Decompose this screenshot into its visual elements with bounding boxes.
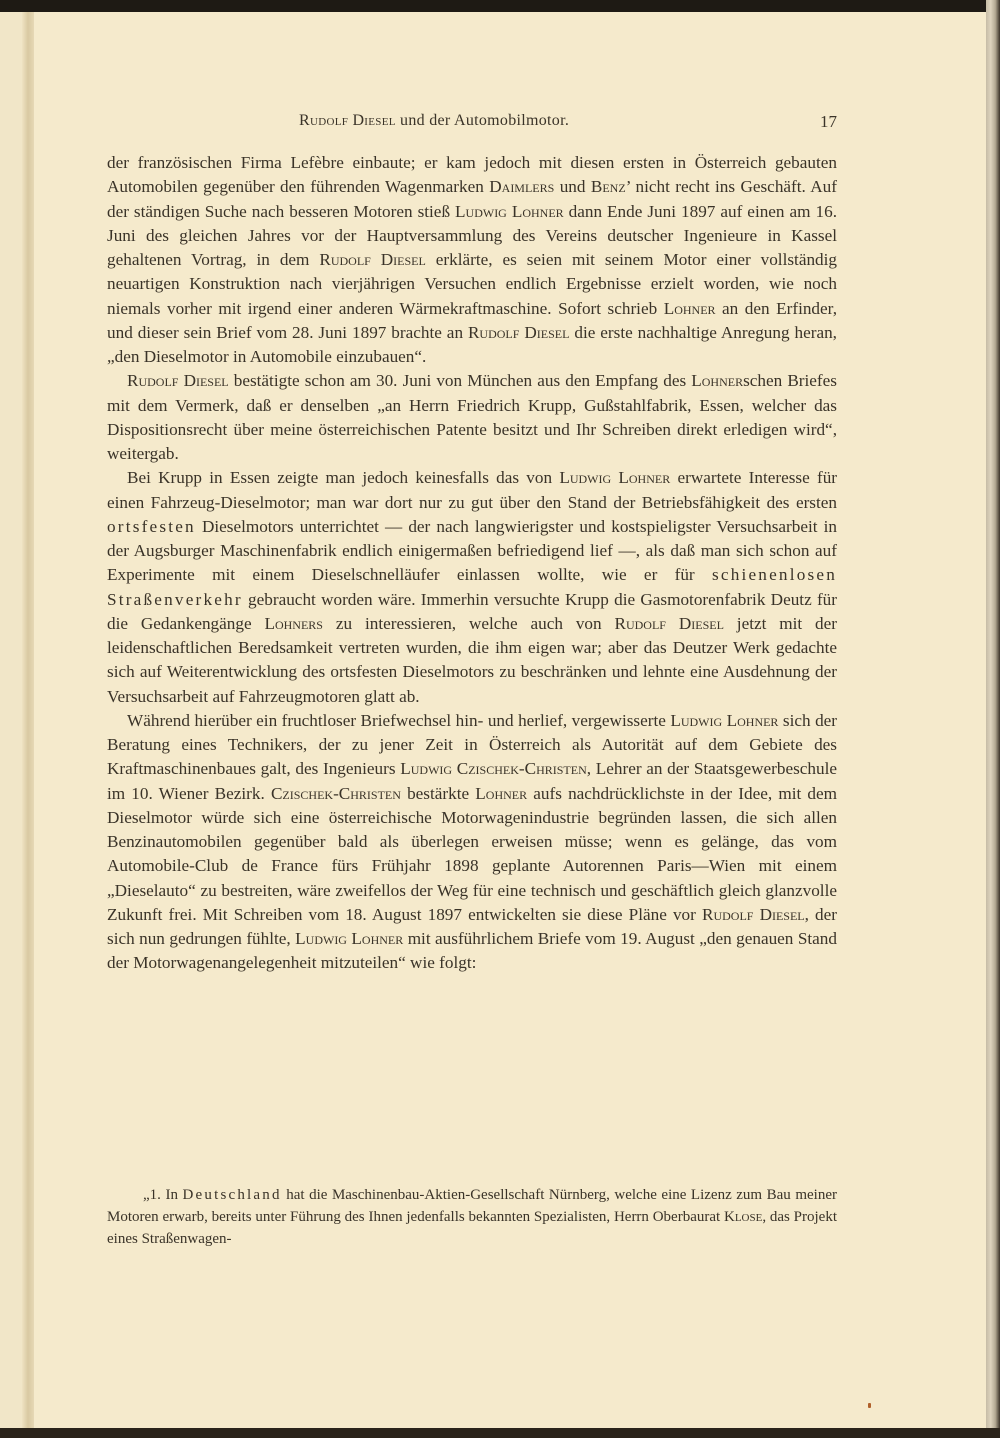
small-caps-name: Ludwig Lohner bbox=[455, 202, 564, 221]
small-caps-name: Lohners bbox=[264, 614, 323, 633]
small-caps-name: Daimlers bbox=[489, 177, 554, 196]
text-run: und bbox=[554, 177, 591, 196]
small-caps-name: Ludwig Czischek-Christen bbox=[400, 759, 587, 778]
small-caps-name: Rudolf Diesel bbox=[127, 371, 229, 390]
paragraph: Rudolf Diesel bestätigte schon am 30. Ju… bbox=[107, 369, 837, 466]
running-head-rest: und der Automobilmotor. bbox=[396, 112, 569, 129]
small-caps-name: Czischek-Christen bbox=[271, 784, 401, 803]
small-caps-name: Lohner bbox=[664, 299, 716, 318]
small-caps-name: Rudolf Diesel bbox=[468, 323, 569, 342]
scanner-bottom-border bbox=[0, 1428, 1000, 1438]
text-run: bestärkte bbox=[401, 784, 475, 803]
small-caps-name: Lohner bbox=[691, 371, 743, 390]
scanner-top-border bbox=[0, 0, 1000, 12]
running-head-title: Rudolf Diesel und der Automobilmotor. bbox=[299, 112, 569, 130]
paragraph: Während hierüber ein fruchtloser Briefwe… bbox=[107, 709, 837, 976]
paragraph: der französischen Firma Lefèbre einbaute… bbox=[107, 151, 837, 369]
running-head: Rudolf Diesel und der Automobilmotor. 17 bbox=[107, 112, 837, 136]
small-caps-name: Benz bbox=[591, 177, 626, 196]
small-caps-name: Klose bbox=[724, 1209, 762, 1225]
paper-speck bbox=[868, 1403, 871, 1408]
small-caps-name: Lohner bbox=[475, 784, 527, 803]
text-run: bestätigte schon am 30. Juni von München… bbox=[229, 371, 692, 390]
book-gutter bbox=[22, 12, 34, 1428]
quote-paragraph: „1. In Deutschland hat die Maschinenbau-… bbox=[107, 1184, 837, 1250]
small-caps-name: Ludwig Lohner bbox=[559, 468, 670, 487]
paragraph: Bei Krupp in Essen zeigte man jedoch kei… bbox=[107, 466, 837, 709]
small-caps-name: Rudolf Diesel bbox=[319, 250, 425, 269]
text-run: „1. In bbox=[143, 1187, 182, 1203]
block-quote: „1. In Deutschland hat die Maschinenbau-… bbox=[107, 1184, 837, 1250]
spaced-emphasis: Deutschland bbox=[182, 1187, 281, 1203]
small-caps-name: Ludwig Lohner bbox=[670, 711, 778, 730]
spaced-emphasis: ortsfesten bbox=[107, 517, 196, 536]
text-run: Während hierüber ein fruchtloser Briefwe… bbox=[127, 711, 670, 730]
small-caps-name: Ludwig Lohner bbox=[295, 929, 403, 948]
running-head-name: Rudolf Diesel bbox=[299, 112, 396, 129]
small-caps-name: Rudolf Diesel bbox=[615, 614, 724, 633]
page-stack-edge bbox=[986, 0, 1000, 1438]
text-run: aufs nachdrücklichste in der Idee, mit d… bbox=[107, 784, 837, 924]
text-run: Bei Krupp in Essen zeigte man jedoch kei… bbox=[127, 468, 559, 487]
page-number: 17 bbox=[820, 112, 837, 132]
small-caps-name: Rudolf Diesel bbox=[702, 905, 805, 924]
body-text: der französischen Firma Lefèbre einbaute… bbox=[107, 151, 837, 976]
text-run: zu interessieren, welche auch von bbox=[323, 614, 615, 633]
